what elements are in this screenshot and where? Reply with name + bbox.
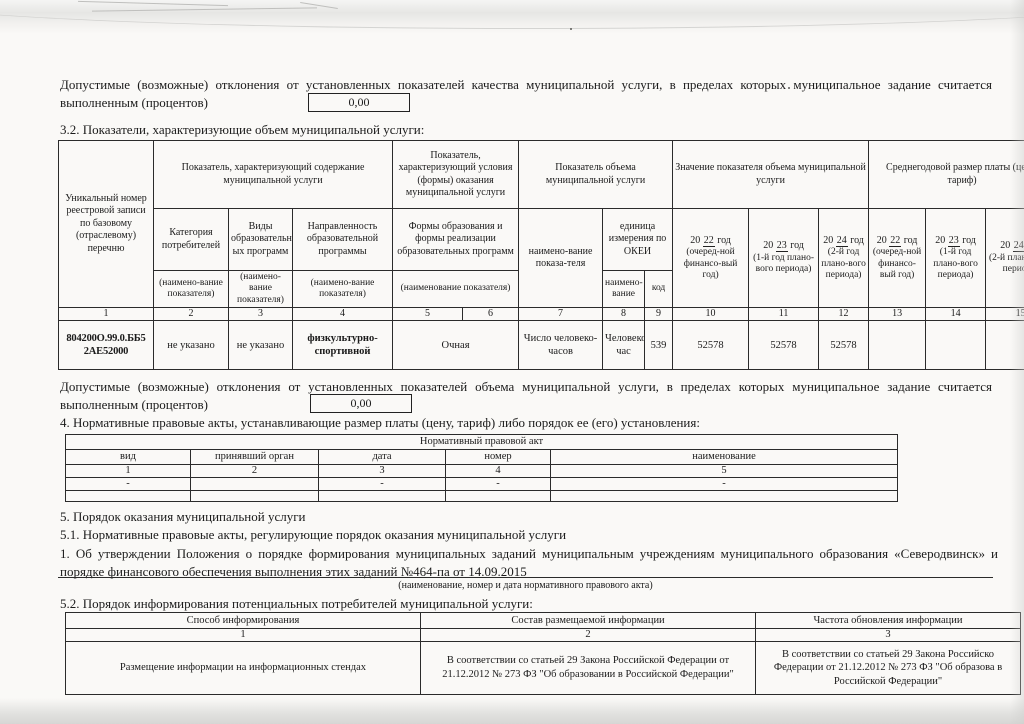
section-5-1-heading: 5.1. Нормативные правовые акты, регулиру… bbox=[60, 527, 566, 543]
year-prefix: 20 bbox=[877, 235, 887, 246]
content-group-header: Показатель, характеризующий содержание м… bbox=[154, 141, 393, 209]
col-number: 3 bbox=[756, 629, 1021, 642]
legal-acts-table: Нормативный правовой акт вид принявший о… bbox=[65, 434, 898, 502]
method-header: Способ информирования bbox=[66, 613, 421, 629]
registry-number-cell: 804200О.99.0.ББ5 2АЕ52000 bbox=[59, 321, 154, 370]
quality-deviation-paragraph: Допустимые (возможные) отклонения от уст… bbox=[60, 76, 992, 113]
form-cell: Очная bbox=[393, 321, 519, 370]
col-number: 3 bbox=[229, 308, 293, 321]
col-number: 1 bbox=[59, 308, 154, 321]
volume-deviation-paragraph: Допустимые (возможные) отклонения от уст… bbox=[60, 378, 992, 415]
section-4-heading: 4. Нормативные правовые акты, устанавлив… bbox=[60, 415, 700, 431]
volume-deviation-value-box: 0,00 bbox=[310, 394, 412, 413]
col-number: 5 bbox=[393, 308, 463, 321]
scan-speck bbox=[570, 28, 572, 30]
volume-indicators-table: Уникальный номер реестровой записи по ба… bbox=[58, 140, 1024, 370]
direction-header: Направленность образовательной программы bbox=[293, 209, 393, 271]
indicator-name-header: наимено-вание показа-теля bbox=[519, 209, 603, 308]
col-number: 3 bbox=[319, 465, 446, 478]
quality-deviation-value-box: 0,00 bbox=[308, 93, 410, 112]
volume-deviation-text: Допустимые (возможные) отклонения от уст… bbox=[60, 379, 992, 412]
composition-header: Состав размещаемой информации bbox=[421, 613, 756, 629]
edu-forms-caption: (наименование показателя) bbox=[393, 271, 519, 308]
quality-deviation-text: Допустимые (возможные) отклонения от уст… bbox=[60, 77, 992, 110]
year-number: 22 bbox=[889, 235, 901, 247]
empty-cell bbox=[66, 491, 191, 502]
col-number: 2 bbox=[191, 465, 319, 478]
composition-cell: В соответствии со статьей 29 Закона Росс… bbox=[421, 642, 756, 695]
section-5-heading: 5. Порядок оказания муниципальной услуги bbox=[60, 509, 306, 525]
unit-code-cell: 539 bbox=[645, 321, 673, 370]
number-header: номер bbox=[446, 450, 551, 465]
fee-2022-cell bbox=[869, 321, 926, 370]
year-prefix: 20 bbox=[935, 235, 945, 246]
authority-cell bbox=[191, 478, 319, 491]
quality-deviation-value: 0,00 bbox=[349, 95, 370, 109]
year-prefix: 20 bbox=[1000, 240, 1010, 251]
value-2023-cell: 52578 bbox=[749, 321, 819, 370]
empty-cell bbox=[319, 491, 446, 502]
indicator-cell: Число человеко-часов bbox=[519, 321, 603, 370]
edu-types-cell: не указано bbox=[229, 321, 293, 370]
year-number: 23 bbox=[948, 235, 960, 247]
year-suffix: год bbox=[717, 235, 731, 246]
date-header: дата bbox=[319, 450, 446, 465]
year-2024-value-header: 20 24 год (2-й год плано-вого периода) bbox=[819, 209, 869, 308]
direction-cell: физкультурно-спортивной bbox=[293, 321, 393, 370]
year-description: (2-й год плано-вого периода) bbox=[821, 247, 866, 281]
col-number: 1 bbox=[66, 465, 191, 478]
col-number: 11 bbox=[749, 308, 819, 321]
okei-header: единица измерения по ОКЕИ bbox=[603, 209, 673, 271]
act-caption: (наименование, номер и дата нормативного… bbox=[58, 580, 993, 591]
frequency-cell: В соответствии со статьей 29 Закона Росс… bbox=[756, 642, 1021, 695]
empty-cell bbox=[551, 491, 898, 502]
year-suffix: год bbox=[790, 240, 804, 251]
year-description: (очеред-ной финансо-вый год) bbox=[675, 247, 746, 281]
year-2023-fee-header: 20 23 год (1-й год плано-вого периода) bbox=[926, 209, 986, 308]
year-description: (очеред-ной финансо-вый год) bbox=[871, 247, 923, 281]
value-2024-cell: 52578 bbox=[819, 321, 869, 370]
col-number: 10 bbox=[673, 308, 749, 321]
edu-forms-header: Формы образования и формы реализации обр… bbox=[393, 209, 519, 271]
type-header: вид bbox=[66, 450, 191, 465]
year-description: (1-й год плано-вого периода) bbox=[751, 253, 816, 276]
year-suffix: год bbox=[904, 235, 918, 246]
year-suffix: год bbox=[850, 235, 864, 246]
col-number: 8 bbox=[603, 308, 645, 321]
volume-group-header: Показатель объема муниципальной услуги bbox=[519, 141, 673, 209]
year-number: 23 bbox=[776, 240, 788, 252]
value-2022-cell: 52578 bbox=[673, 321, 749, 370]
year-prefix: 20 bbox=[690, 235, 700, 246]
year-2022-fee-header: 20 22 год (очеред-ной финансо-вый год) bbox=[869, 209, 926, 308]
unit-name-cell: Человеко-час bbox=[603, 321, 645, 370]
type-cell: - bbox=[66, 478, 191, 491]
name-header: наименование bbox=[551, 450, 898, 465]
scan-bottom-shadow bbox=[0, 698, 1024, 724]
col-number: 5 bbox=[551, 465, 898, 478]
year-2022-value-header: 20 22 год (очеред-ной финансо-вый год) bbox=[673, 209, 749, 308]
year-description: (1-й год плано-вого периода) bbox=[928, 247, 983, 281]
okei-name-header: наимено-вание bbox=[603, 271, 645, 308]
section-5-2-heading: 5.2. Порядок информирования потенциальны… bbox=[60, 596, 533, 612]
date-cell: - bbox=[319, 478, 446, 491]
act-underline bbox=[58, 577, 993, 578]
number-cell: - bbox=[446, 478, 551, 491]
direction-caption: (наимено-вание показателя) bbox=[293, 271, 393, 308]
year-number: 24 bbox=[836, 235, 848, 247]
year-suffix: год bbox=[962, 235, 976, 246]
authority-header: принявший орган bbox=[191, 450, 319, 465]
year-number: 22 bbox=[703, 235, 715, 247]
col-number: 2 bbox=[154, 308, 229, 321]
empty-cell bbox=[446, 491, 551, 502]
informing-table: Способ информирования Состав размещаемой… bbox=[65, 612, 1021, 695]
category-caption: (наимено-вание показателя) bbox=[154, 271, 229, 308]
category-header: Категория потребителей bbox=[154, 209, 229, 271]
col-number: 1 bbox=[66, 629, 421, 642]
col-number: 4 bbox=[293, 308, 393, 321]
okei-code-header: код bbox=[645, 271, 673, 308]
fee-2023-cell bbox=[926, 321, 986, 370]
edu-types-header: Виды образовательн ых программ bbox=[229, 209, 293, 271]
conditions-group-header: Показатель, характеризующий условия (фор… bbox=[393, 141, 519, 209]
col-number: 13 bbox=[869, 308, 926, 321]
col-number: 14 bbox=[926, 308, 986, 321]
edu-types-caption: (наимено- вание показателя) bbox=[229, 271, 293, 308]
category-cell: не указано bbox=[154, 321, 229, 370]
method-cell: Размещение информации на информационных … bbox=[66, 642, 421, 695]
year-2023-value-header: 20 23 год (1-й год плано-вого периода) bbox=[749, 209, 819, 308]
year-prefix: 20 bbox=[823, 235, 833, 246]
col-number: 4 bbox=[446, 465, 551, 478]
scan-right-shadow bbox=[1010, 0, 1024, 724]
col-number: 9 bbox=[645, 308, 673, 321]
col-number: 7 bbox=[519, 308, 603, 321]
scanned-document-page: Допустимые (возможные) отклонения от уст… bbox=[0, 0, 1024, 724]
fee-group-header: Среднегодовой размер платы (цена, тариф) bbox=[869, 141, 1024, 209]
value-group-header: Значение показателя объема муниципальной… bbox=[673, 141, 869, 209]
year-prefix: 20 bbox=[763, 240, 773, 251]
col-number: 2 bbox=[421, 629, 756, 642]
legal-act-group-header: Нормативный правовой акт bbox=[66, 435, 898, 450]
col-number: 12 bbox=[819, 308, 869, 321]
registry-number-header: Уникальный номер реестровой записи по ба… bbox=[59, 141, 154, 308]
frequency-header: Частота обновления информации bbox=[756, 613, 1021, 629]
name-cell: - bbox=[551, 478, 898, 491]
volume-deviation-value: 0,00 bbox=[351, 396, 372, 410]
empty-cell bbox=[191, 491, 319, 502]
col-number: 6 bbox=[463, 308, 519, 321]
section-3-2-heading: 3.2. Показатели, характеризующие объем м… bbox=[60, 122, 424, 138]
